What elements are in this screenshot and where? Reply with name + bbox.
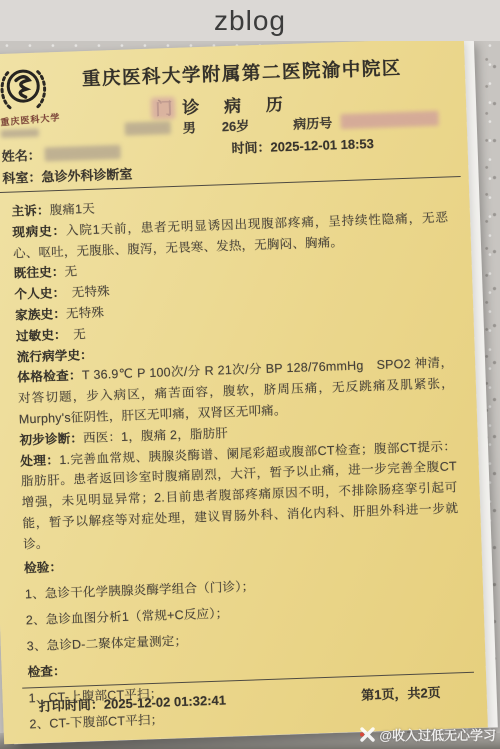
name-label: 姓名： [1, 145, 41, 165]
time-value: 2025-12-01 18:53 [270, 136, 374, 155]
field-treatment: 处理：1.完善血常规、胰腺炎酶谱、阑尾彩超或腹部CT检查；腹部CT提示：脂肪肝。… [20, 436, 459, 555]
patient-gender: 男 [182, 117, 196, 136]
name-row: 姓名： [1, 142, 121, 165]
redaction-blur-seal [1, 129, 39, 138]
site-header: zblog [0, 0, 500, 41]
medical-record-paper: 重庆医科大学 重庆医科大学附属第二医院渝中院区 门诊 病 历 男 26岁 病历号… [0, 38, 488, 744]
watermark: @收入过低无心学习 [359, 725, 496, 744]
site-title[interactable]: zblog [214, 5, 286, 37]
record-no-label: 病历号 [293, 112, 333, 132]
redaction-blur-record-no [340, 111, 438, 129]
department-row: 科室：急诊外科诊断室 [2, 163, 133, 187]
redaction-blur-fullname [44, 144, 120, 161]
dept-label: 科室： [2, 170, 42, 186]
time-label: 时间： [231, 140, 271, 156]
page-indicator: 第1页，共2页 [361, 682, 441, 704]
dept-value: 急诊外科诊断室 [41, 166, 132, 184]
redaction-blur-name [125, 121, 171, 136]
doc-type-first-char: 门 [155, 99, 183, 119]
document-body: 主诉：腹痛1天 现病史：入院1天前，患者无明显诱因出现腹部疼痛，呈持续性隐痛，无… [11, 186, 465, 736]
time-row: 时间：2025-12-01 18:53 [231, 133, 374, 157]
watermark-handle: @收入过低无心学习 [379, 725, 496, 744]
patient-age: 26岁 [221, 115, 249, 135]
redaction-blur-title [151, 97, 176, 120]
photo-background: zblog 重庆医科大学 重庆医科大学附属第二医院渝中院区 门诊 病 历 男 2… [0, 0, 500, 749]
spark-x-icon [359, 726, 376, 743]
